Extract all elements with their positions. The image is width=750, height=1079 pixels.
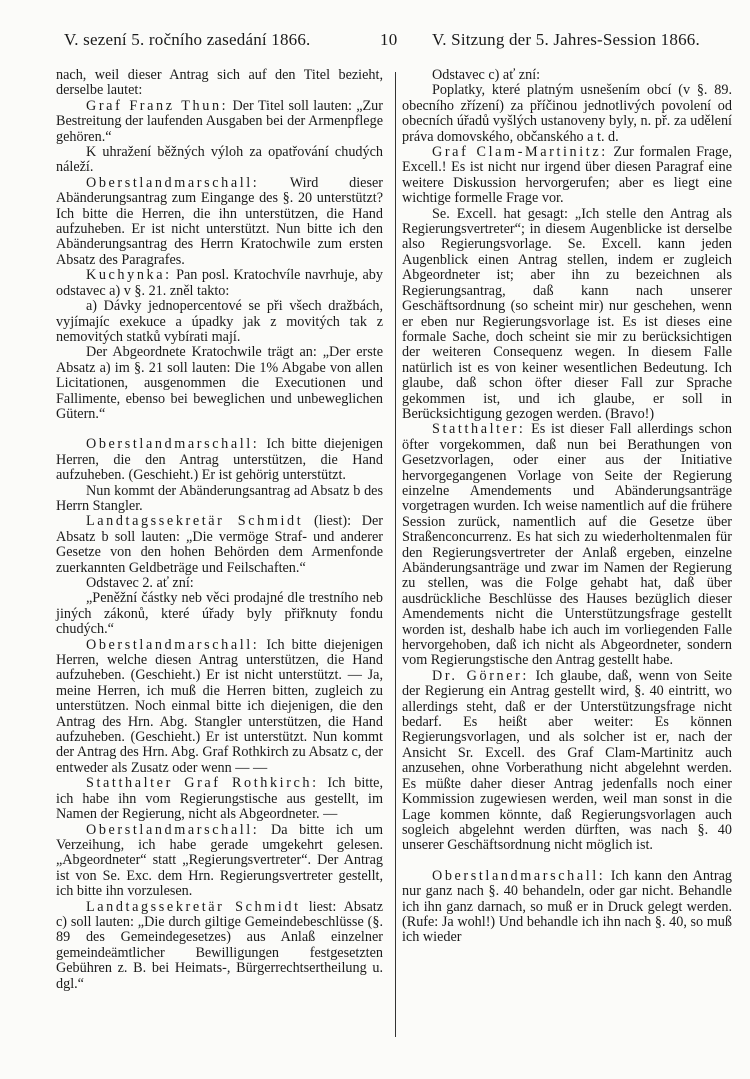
- paragraph-text: Odstavec 2. ať zní:: [86, 575, 194, 591]
- speaker-name: Landtagssekretär Schmidt: [86, 513, 303, 529]
- left-column: nach, weil dieser Antrag sich auf den Ti…: [56, 68, 383, 992]
- paragraph: a) Dávky jednopercentové se při všech dr…: [56, 299, 383, 345]
- paragraph: Odstavec 2. ať zní:: [56, 576, 383, 591]
- page-header: V. sezení 5. ročního zasedání 1866. 10 V…: [0, 30, 750, 54]
- speaker-name: Dr. Görner:: [432, 668, 529, 684]
- paragraph-text: Poplatky, které platným usnešením obcí (…: [402, 82, 732, 144]
- page-number: 10: [380, 30, 397, 50]
- paragraph-text: Se. Excell. hat gesagt: „Ich stelle den …: [402, 206, 732, 422]
- paragraph-text: „Peněžní částky neb věci prodajné dle tr…: [56, 590, 383, 637]
- paragraph-text: Es ist dieser Fall allerdings schon öfte…: [402, 421, 732, 668]
- paragraph: Oberstlandmarschall: Da bitte ich um Ver…: [56, 823, 383, 900]
- paragraph: Oberstlandmarschall: Ich bitte diejenige…: [56, 638, 383, 777]
- paragraph: Der Abgeordnete Kratochwile trägt an: „D…: [56, 345, 383, 422]
- speaker-name: Graf Clam-Martinitz:: [432, 144, 608, 160]
- paragraph: Landtagssekretär Schmidt liest: Absatz c…: [56, 900, 383, 992]
- paragraph: Oberstlandmarschall: Ich bitte diejenige…: [56, 437, 383, 483]
- header-czech-title: V. sezení 5. ročního zasedání 1866.: [64, 30, 311, 50]
- paragraph: Kuchynka: Pan posl. Kratochvíle navrhuje…: [56, 268, 383, 299]
- paragraph: Statthalter: Es ist dieser Fall allerdin…: [402, 422, 732, 669]
- paragraph: Landtagssekretär Schmidt (liest): Der Ab…: [56, 514, 383, 576]
- paragraph-text: a) Dávky jednopercentové se při všech dr…: [56, 298, 383, 345]
- paragraph-text: Ich bitte diejenigen Herren, welche dies…: [56, 637, 383, 776]
- paragraph: Graf Franz Thun: Der Titel soll lauten: …: [56, 99, 383, 145]
- speaker-name: Oberstlandmarschall:: [86, 822, 259, 838]
- paragraph: Odstavec c) ať zní:: [402, 68, 732, 83]
- paragraph: Dr. Görner: Ich glaube, daß, wenn von Se…: [402, 669, 732, 854]
- speaker-name: Oberstlandmarschall:: [432, 868, 605, 884]
- paragraph-text: Odstavec c) ať zní:: [432, 67, 540, 83]
- paragraph-text: nach, weil dieser Antrag sich auf den Ti…: [56, 67, 383, 98]
- paragraph: K uhražení běžných výloh za opatřování c…: [56, 145, 383, 176]
- header-german-title: V. Sitzung der 5. Jahres-Session 1866.: [432, 30, 700, 50]
- paragraph: Poplatky, které platným usnešením obcí (…: [402, 83, 732, 145]
- paragraph: „Peněžní částky neb věci prodajné dle tr…: [56, 591, 383, 637]
- speaker-name: Kuchynka:: [86, 267, 172, 283]
- speaker-name: Landtagssekretär Schmidt: [86, 899, 301, 915]
- speaker-name: Oberstlandmarschall:: [86, 436, 259, 452]
- paragraph: Statthalter Graf Rothkirch: Ich bitte, i…: [56, 776, 383, 822]
- paragraph-text: Der Abgeordnete Kratochwile trägt an: „D…: [56, 344, 383, 422]
- speaker-name: Statthalter:: [432, 421, 525, 437]
- speaker-name: Oberstlandmarschall:: [86, 637, 259, 653]
- paragraph-text: Ich glaube, daß, wenn von Seite der Regi…: [402, 668, 732, 853]
- speaker-name: Graf Franz Thun:: [86, 98, 228, 114]
- paragraph-text: Nun kommt der Abänderungsantrag ad Absat…: [56, 483, 383, 514]
- right-column: Odstavec c) ať zní:Poplatky, které platn…: [402, 68, 732, 946]
- paragraph: Graf Clam-Martinitz: Zur formalen Frage,…: [402, 145, 732, 207]
- paragraph: Oberstlandmarschall: Wird dieser Abänder…: [56, 176, 383, 268]
- paragraph: Oberstlandmarschall: Ich kann den Antrag…: [402, 869, 732, 946]
- speaker-name: Statthalter Graf Rothkirch:: [86, 775, 319, 791]
- column-divider: [395, 72, 396, 1037]
- speaker-name: Oberstlandmarschall:: [86, 175, 259, 191]
- paragraph-text: K uhražení běžných výloh za opatřování c…: [56, 144, 383, 175]
- paragraph: Se. Excell. hat gesagt: „Ich stelle den …: [402, 207, 732, 423]
- paragraph: nach, weil dieser Antrag sich auf den Ti…: [56, 68, 383, 99]
- paragraph: Nun kommt der Abänderungsantrag ad Absat…: [56, 484, 383, 515]
